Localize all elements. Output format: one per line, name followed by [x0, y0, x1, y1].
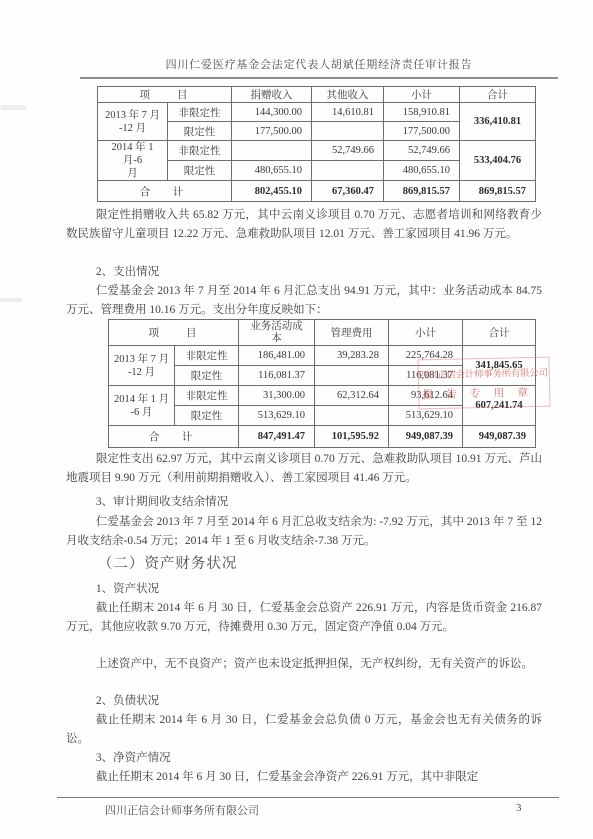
cell-value: 144,300.00 [232, 103, 312, 122]
income-table: 项 目 捐赠收入 其他收入 小计 合计 2013 年 7 月 -12 月 非限定… [97, 86, 536, 202]
cell-value [232, 141, 312, 161]
cell-period-total: 607,241.74 [463, 386, 536, 426]
cell-type: 限定性 [168, 161, 232, 181]
cell-value: 101,595.92 [315, 426, 389, 448]
cell-value: 52,749.66 [384, 141, 460, 161]
cell-period-2013: 2013 年 7 月 -12 月 [109, 346, 175, 386]
page-title: 四川仁爱医疗基金会法定代表人胡斌任期经济责任审计报告 [166, 59, 473, 71]
table-total-row: 合 计 847,491.47 101,595.92 949,087.39 949… [109, 426, 536, 448]
table-row: 2014 年 1 月 -6 月 非限定性 31,300.00 62,312.64… [109, 386, 536, 406]
expense-heading: 2、支出情况 [66, 263, 542, 282]
cell-value: 158,910.81 [384, 103, 460, 122]
header-cell-item: 项 目 [109, 320, 239, 346]
expense-intro-paragraph: 仁爱基金会 2013 年 7 月至 2014 年 6 月汇总支出 94.91 万… [66, 282, 542, 320]
cell-period-total: 336,410.81 [460, 103, 536, 141]
net-assets-heading: 3、净资产情况 [66, 749, 542, 768]
section2-heading: （二）资产财务状况 [66, 552, 542, 573]
cell-type: 非限定性 [168, 141, 232, 161]
cell-value: 480,655.10 [384, 161, 460, 181]
cell-value: 39,283.28 [315, 346, 389, 366]
balance-heading: 3、审计期间收支结余情况 [66, 493, 542, 512]
scan-smudge [0, 298, 22, 302]
cell-value: 93,612.64 [389, 386, 463, 406]
cell-period-2014: 2014 年 1 月-6 月 [98, 141, 168, 181]
table-header-row: 项 目 业务活动成 本 管理费用 小计 合计 [109, 320, 536, 346]
header-cell-subtotal: 小计 [384, 87, 460, 103]
cell-value: 52,749.66 [312, 141, 384, 161]
header-cell-total: 合计 [463, 320, 536, 346]
table-row: 2013 年 7 月 -12 月 非限定性 144,300.00 14,610.… [98, 103, 536, 122]
scan-smudge [0, 105, 26, 110]
cell-type: 非限定性 [175, 386, 239, 406]
table-row: 2013 年 7 月 -12 月 非限定性 186,481.00 39,283.… [109, 346, 536, 366]
header-cell-admin-expense: 管理费用 [315, 320, 389, 346]
cell-value: 869,815.57 [384, 181, 460, 202]
cell-value: 14,610.81 [312, 103, 384, 122]
cell-period-2013: 2013 年 7 月 -12 月 [98, 103, 168, 141]
liabilities-heading: 2、负债状况 [66, 692, 542, 711]
cell-value: 116,081.37 [389, 366, 463, 386]
footer-page-number: 3 [516, 802, 522, 814]
cell-value: 31,300.00 [239, 386, 315, 406]
expense-table: 项 目 业务活动成 本 管理费用 小计 合计 2013 年 7 月 -12 月 … [108, 319, 536, 448]
cell-type: 限定性 [175, 366, 239, 386]
table-row: 2014 年 1 月-6 月 非限定性 52,749.66 52,749.66 … [98, 141, 536, 161]
cell-value: 62,312.64 [315, 386, 389, 406]
cell-value [312, 161, 384, 181]
expense-note-paragraph: 限定性支出 62.97 万元，其中云南义诊项目 0.70 万元、急难救助队项目 … [66, 450, 542, 488]
footer-divider [57, 797, 559, 798]
net-assets-paragraph: 截止任期末 2014 年 6 月 30 日，仁爱基金会净资产 226.91 万元… [66, 768, 542, 787]
cell-period-total: 533,404.76 [460, 141, 536, 181]
cell-value: 949,087.39 [463, 426, 536, 448]
cell-value: 513,629.10 [239, 406, 315, 426]
cell-value: 869,815.57 [460, 181, 536, 202]
assets-heading: 1、资产状况 [66, 580, 542, 599]
header-cell-subtotal: 小计 [389, 320, 463, 346]
cell-value [315, 406, 389, 426]
cell-type: 限定性 [168, 122, 232, 141]
header-cell-item: 项 目 [98, 87, 232, 103]
cell-total-label: 合 计 [98, 181, 232, 202]
cell-value: 177,500.00 [232, 122, 312, 141]
header-cell-donation-income: 捐赠收入 [232, 87, 312, 103]
cell-value: 225,764.28 [389, 346, 463, 366]
header-cell-other-income: 其他收入 [312, 87, 384, 103]
footer-company-name: 四川正信会计师事务所有限公司 [105, 802, 259, 818]
cell-period-2014: 2014 年 1 月 -6 月 [109, 386, 175, 426]
cell-value: 116,081.37 [239, 366, 315, 386]
cell-value [312, 122, 384, 141]
cell-value: 847,491.47 [239, 426, 315, 448]
income-note-paragraph: 限定性捐赠收入共 65.82 万元，其中云南义诊项目 0.70 万元、志愿者培训… [66, 206, 542, 244]
cell-value: 177,500.00 [384, 122, 460, 141]
table-total-row: 合 计 802,455.10 67,360.47 869,815.57 869,… [98, 181, 536, 202]
cell-value: 67,360.47 [312, 181, 384, 202]
document-page: 四川仁爱医疗基金会法定代表人胡斌任期经济责任审计报告 项 目 捐赠收入 其他收入… [0, 0, 593, 839]
balance-paragraph: 仁爱基金会 2013 年 7 月至 2014 年 6 月汇总收支结余为: -7.… [66, 513, 542, 551]
cell-type: 非限定性 [168, 103, 232, 122]
header-cell-total: 合计 [460, 87, 536, 103]
cell-value: 480,655.10 [232, 161, 312, 181]
cell-value: 949,087.39 [389, 426, 463, 448]
assets-note-paragraph: 上述资产中，无不良资产；资产也未设定抵押担保，无产权纠纷，无有关资产的诉讼。 [66, 655, 542, 674]
cell-value: 802,455.10 [232, 181, 312, 202]
table-header-row: 项 目 捐赠收入 其他收入 小计 合计 [98, 87, 536, 103]
cell-value: 186,481.00 [239, 346, 315, 366]
cell-value: 513,629.10 [389, 406, 463, 426]
cell-value [315, 366, 389, 386]
cell-type: 非限定性 [175, 346, 239, 366]
header-cell-activity-cost: 业务活动成 本 [239, 320, 315, 346]
liabilities-paragraph: 截止任期末 2014 年 6 月 30 日，仁爱基金会总负债 0 万元，基金会也… [66, 711, 542, 749]
cell-period-total: 341,845.65 [463, 346, 536, 386]
page-header: 四川仁爱医疗基金会法定代表人胡斌任期经济责任审计报告 [80, 56, 558, 79]
cell-total-label: 合 计 [109, 426, 239, 448]
cell-type: 限定性 [175, 406, 239, 426]
assets-paragraph: 截止任期末 2014 年 6 月 30 日，仁爱基金会总资产 226.91 万元… [66, 599, 542, 637]
